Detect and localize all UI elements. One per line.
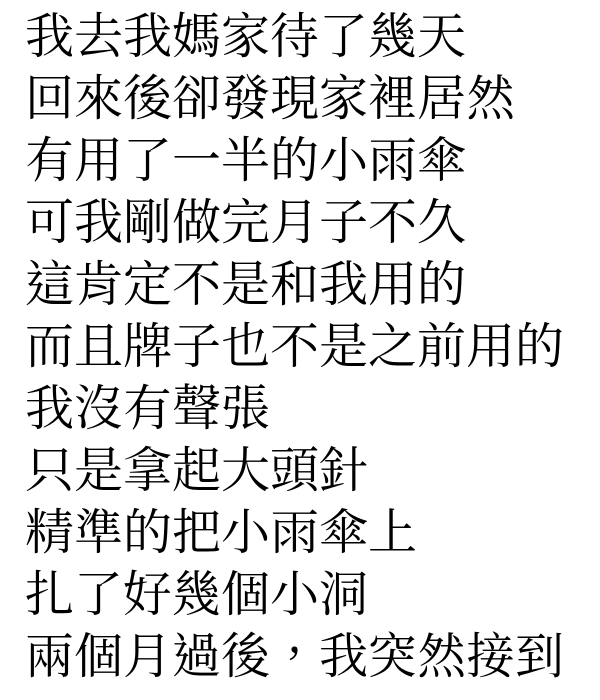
text-line: 兩個月過後，我突然接到: [25, 626, 600, 688]
text-line: 這肯定不是和我用的: [25, 254, 600, 316]
text-line: 我沒有聲張: [25, 378, 600, 440]
text-line: 精準的把小雨傘上: [25, 502, 600, 564]
text-line: 有用了一半的小雨傘: [25, 130, 600, 192]
text-line: 可我剛做完月子不久: [25, 192, 600, 254]
text-line: 扎了好幾個小洞: [25, 564, 600, 626]
text-line: 只是拿起大頭針: [25, 440, 600, 502]
story-text-block: 我去我媽家待了幾天 回來後卻發現家裡居然 有用了一半的小雨傘 可我剛做完月子不久…: [0, 0, 600, 688]
text-line: 回來後卻發現家裡居然: [25, 68, 600, 130]
text-line: 我去我媽家待了幾天: [25, 6, 600, 68]
text-line: 而且牌子也不是之前用的: [25, 316, 600, 378]
